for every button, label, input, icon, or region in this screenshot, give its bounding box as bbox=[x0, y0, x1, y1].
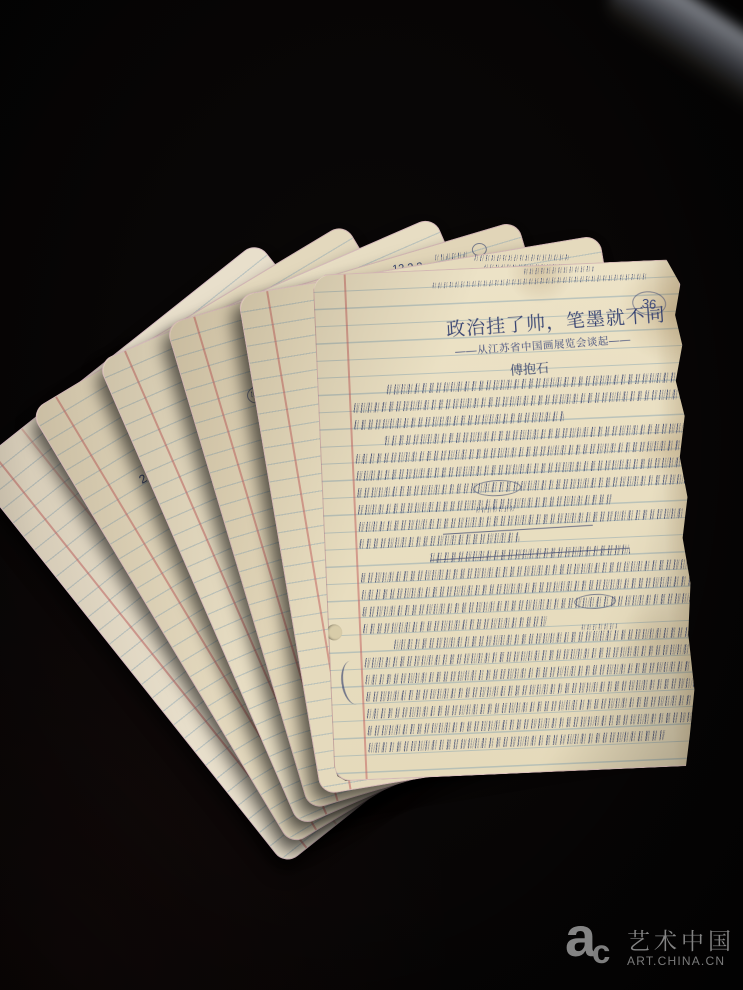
lens-flare-streak bbox=[596, 0, 743, 139]
manuscript-title: 政治挂了帅，笔墨就不同 bbox=[445, 300, 666, 342]
author-signature: 傅抱石 bbox=[509, 357, 549, 379]
header-scribble bbox=[432, 273, 647, 288]
logo-letter-c: c bbox=[592, 933, 610, 971]
manuscript-front-page: 36 政治挂了帅，笔墨就不同 ——从江苏省中国画展览会谈起—— 傅抱石 bbox=[313, 259, 702, 782]
handwriting-body bbox=[353, 372, 686, 759]
art-china-logo: a c bbox=[565, 920, 623, 976]
handwriting-line bbox=[359, 532, 519, 549]
photo-stage: V 2 2 12.2.3 bbox=[0, 0, 743, 990]
handwriting-line bbox=[363, 616, 548, 634]
watermark: a c 艺术中国 ART.CHINA.CN bbox=[565, 920, 739, 976]
handwriting-line bbox=[354, 411, 564, 430]
watermark-text: 艺术中国 ART.CHINA.CN bbox=[627, 929, 739, 968]
watermark-site-name: 艺术中国 bbox=[627, 929, 735, 953]
header-scribble bbox=[524, 266, 594, 275]
watermark-site-url: ART.CHINA.CN bbox=[627, 955, 735, 968]
pen-scribble bbox=[474, 254, 569, 261]
